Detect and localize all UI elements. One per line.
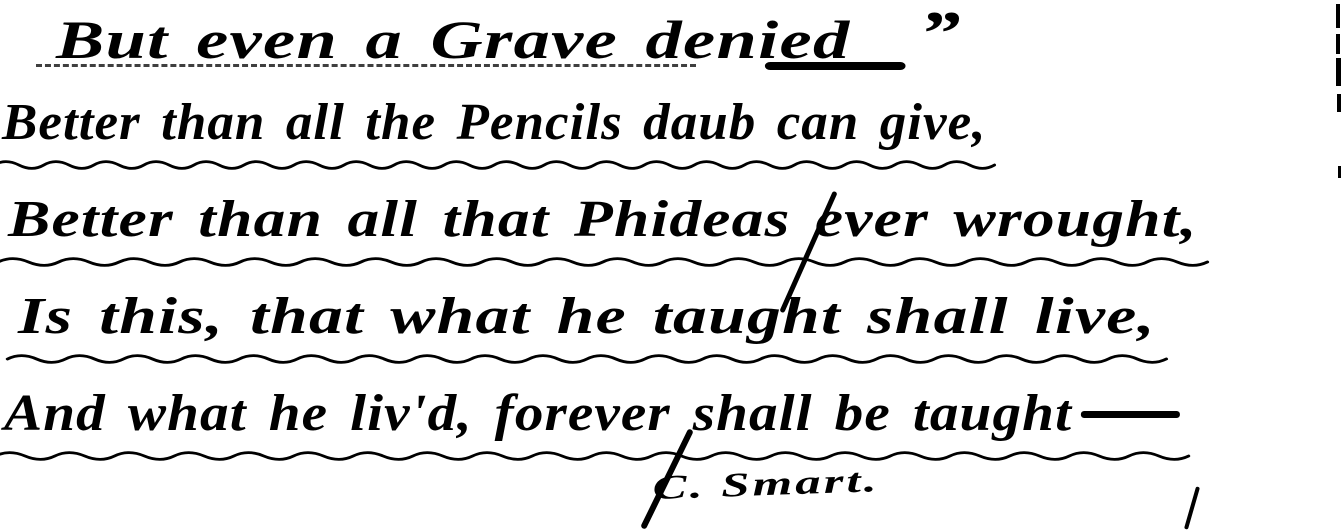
poem-line-4: And what he liv'd, forever shall be taug… [4, 385, 1180, 442]
closing-quote-mark: ” [919, 0, 957, 68]
poem-line-1: Better than all the Pencils daub can giv… [2, 94, 986, 151]
pen-flourish-stroke [1184, 486, 1200, 529]
trailing-dash-stroke [1081, 411, 1180, 418]
wavy-underline [0, 156, 995, 174]
wavy-underline [0, 253, 1207, 271]
page-edge-mark [1338, 166, 1341, 178]
poem-line-3-text: Is this, that what he taught shall live, [18, 288, 1156, 345]
poem-line-4-text: And what he liv'd, forever shall be taug… [4, 385, 1072, 442]
wavy-underline [8, 350, 1167, 368]
poem-line-3: Is this, that what he taught shall live, [18, 288, 1156, 345]
page-edge-mark [1336, 34, 1340, 54]
opening-line-text: But even a Grave denied [56, 10, 850, 70]
poem-line-2: Better than all that Phideas ever wrough… [8, 191, 1198, 248]
dotted-baseline [36, 64, 696, 67]
opening-line: But even a Grave denied” [56, 4, 956, 72]
page-edge-mark [1337, 94, 1341, 112]
poem-line-2-text: Better than all that Phideas ever wrough… [8, 191, 1198, 248]
page-edge-mark [1336, 4, 1340, 28]
page-edge-mark [1336, 58, 1341, 86]
signature: C. Smart. [652, 462, 880, 508]
manuscript-page: But even a Grave denied” Better than all… [0, 0, 1342, 532]
poem-line-1-text: Better than all the Pencils daub can giv… [2, 94, 986, 151]
wavy-underline [0, 447, 1189, 465]
em-dash-stroke [765, 62, 906, 70]
